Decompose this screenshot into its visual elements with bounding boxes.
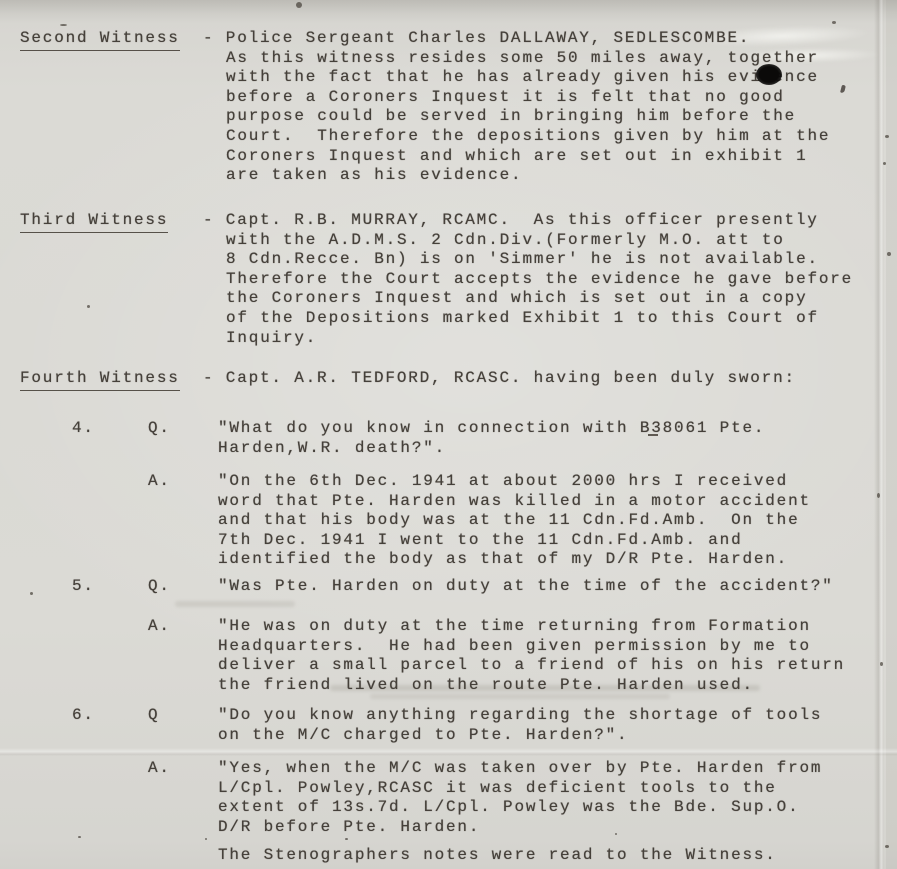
qa-number: 4. xyxy=(72,419,95,437)
text-line: "What do you know in connection with B38… xyxy=(218,419,765,439)
ink-speck xyxy=(87,305,90,308)
qa-number: 6. xyxy=(72,706,95,724)
text-line: As this witness resides some 50 miles aw… xyxy=(203,49,830,69)
text-line: Inquiry. xyxy=(203,329,853,349)
qa-question: "What do you know in connection with B38… xyxy=(218,419,765,458)
text-line: deliver a small parcel to a friend of hi… xyxy=(218,656,845,676)
qa-a-label: A. xyxy=(148,759,171,777)
text-line: before a Coroners Inquest it is felt tha… xyxy=(203,88,830,108)
text-line: Coroners Inquest and which are set out i… xyxy=(203,147,830,167)
text-line: "Do you know anything regarding the shor… xyxy=(218,706,822,726)
vertical-fold-crease xyxy=(874,0,884,869)
ink-speck xyxy=(296,2,302,8)
qa-q-label: Q. xyxy=(148,577,171,595)
qa-question: "Was Pte. Harden on duty at the time of … xyxy=(218,577,834,597)
ink-speck xyxy=(60,24,67,26)
text-line: the friend lived on the route Pte. Harde… xyxy=(218,676,845,696)
text-line: purpose could be served in bringing him … xyxy=(203,107,830,127)
qa-answer: "Yes, when the M/C was taken over by Pte… xyxy=(218,759,822,837)
text-line: with the fact that he has already given … xyxy=(203,68,830,88)
ink-speck xyxy=(880,662,883,666)
text-line: L/Cpl. Powley,RCASC it was deficient too… xyxy=(218,779,822,799)
text-line: Headquarters. He had been given permissi… xyxy=(218,637,845,657)
witness-body-second: - Police Sergeant Charles DALLAWAY, SEDL… xyxy=(203,29,830,186)
witness-body-fourth: - Capt. A.R. TEDFORD, RCASC. having been… xyxy=(203,369,796,389)
text-line: - Police Sergeant Charles DALLAWAY, SEDL… xyxy=(203,29,830,49)
document-page: Second Witness - Police Sergeant Charles… xyxy=(0,0,897,869)
ink-speck xyxy=(885,845,889,848)
text-line: 7th Dec. 1941 I went to the 11 Cdn.Fd.Am… xyxy=(218,531,811,551)
ink-speck xyxy=(205,838,207,840)
text-line: Therefore the Court accepts the evidence… xyxy=(203,270,853,290)
text-line: on the M/C charged to Pte. Harden?". xyxy=(218,726,822,746)
ink-speck xyxy=(832,21,836,24)
closing-note: The Stenographers notes were read to the… xyxy=(218,846,777,866)
text-line: - Capt. A.R. TEDFORD, RCASC. having been… xyxy=(203,369,796,389)
page-right-edge xyxy=(886,0,897,869)
text-line: are taken as his evidence. xyxy=(203,166,830,186)
text-line: "On the 6th Dec. 1941 at about 2000 hrs … xyxy=(218,472,811,492)
text-line: "Yes, when the M/C was taken over by Pte… xyxy=(218,759,822,779)
text-line: identified the body as that of my D/R Pt… xyxy=(218,550,811,570)
horizontal-fold-crease xyxy=(0,748,897,756)
qa-q-label: Q. xyxy=(148,419,171,437)
stray-ink-tick xyxy=(840,85,846,94)
text-line: word that Pte. Harden was killed in a mo… xyxy=(218,492,811,512)
paper-top-shadow xyxy=(0,0,897,24)
qa-number: 5. xyxy=(72,577,95,595)
ink-speck xyxy=(78,836,81,838)
text-line: of the Depositions marked Exhibit 1 to t… xyxy=(203,309,853,329)
text-line: with the A.D.M.S. 2 Cdn.Div.(Formerly M.… xyxy=(203,231,853,251)
text-line: "He was on duty at the time returning fr… xyxy=(218,617,845,637)
qa-q-label: Q xyxy=(148,706,159,724)
text-line: extent of 13s.7d. L/Cpl. Powley was the … xyxy=(218,798,822,818)
qa-answer: "On the 6th Dec. 1941 at about 2000 hrs … xyxy=(218,472,811,570)
text-line: the Coroners Inquest and which is set ou… xyxy=(203,289,853,309)
ink-speck xyxy=(30,592,33,595)
qa-question: "Do you know anything regarding the shor… xyxy=(218,706,822,745)
witness-body-third: - Capt. R.B. MURRAY, RCAMC. As this offi… xyxy=(203,211,853,348)
qa-a-label: A. xyxy=(148,472,171,490)
text-line: - Capt. R.B. MURRAY, RCAMC. As this offi… xyxy=(203,211,853,231)
ink-speck xyxy=(883,162,886,165)
text-line: Harden,W.R. death?". xyxy=(218,439,765,459)
text-line: 8 Cdn.Recce. Bn) is on 'Simmer' he is no… xyxy=(203,250,853,270)
qa-a-label: A. xyxy=(148,617,171,635)
witness-heading-fourth: Fourth Witness xyxy=(20,369,180,391)
text-line: "Was Pte. Harden on duty at the time of … xyxy=(218,577,834,597)
witness-heading-second: Second Witness xyxy=(20,29,180,51)
ink-speck xyxy=(877,493,880,498)
text-line: D/R before Pte. Harden. xyxy=(218,818,822,838)
ghost-text-smudge xyxy=(175,601,295,607)
text-line: Court. Therefore the depositions given b… xyxy=(203,127,830,147)
ink-speck xyxy=(887,252,891,256)
text-line: and that his body was at the 11 Cdn.Fd.A… xyxy=(218,511,811,531)
witness-heading-third: Third Witness xyxy=(20,211,168,233)
qa-answer: "He was on duty at the time returning fr… xyxy=(218,617,845,695)
ink-speck xyxy=(885,135,889,138)
ink-speck xyxy=(345,838,348,840)
